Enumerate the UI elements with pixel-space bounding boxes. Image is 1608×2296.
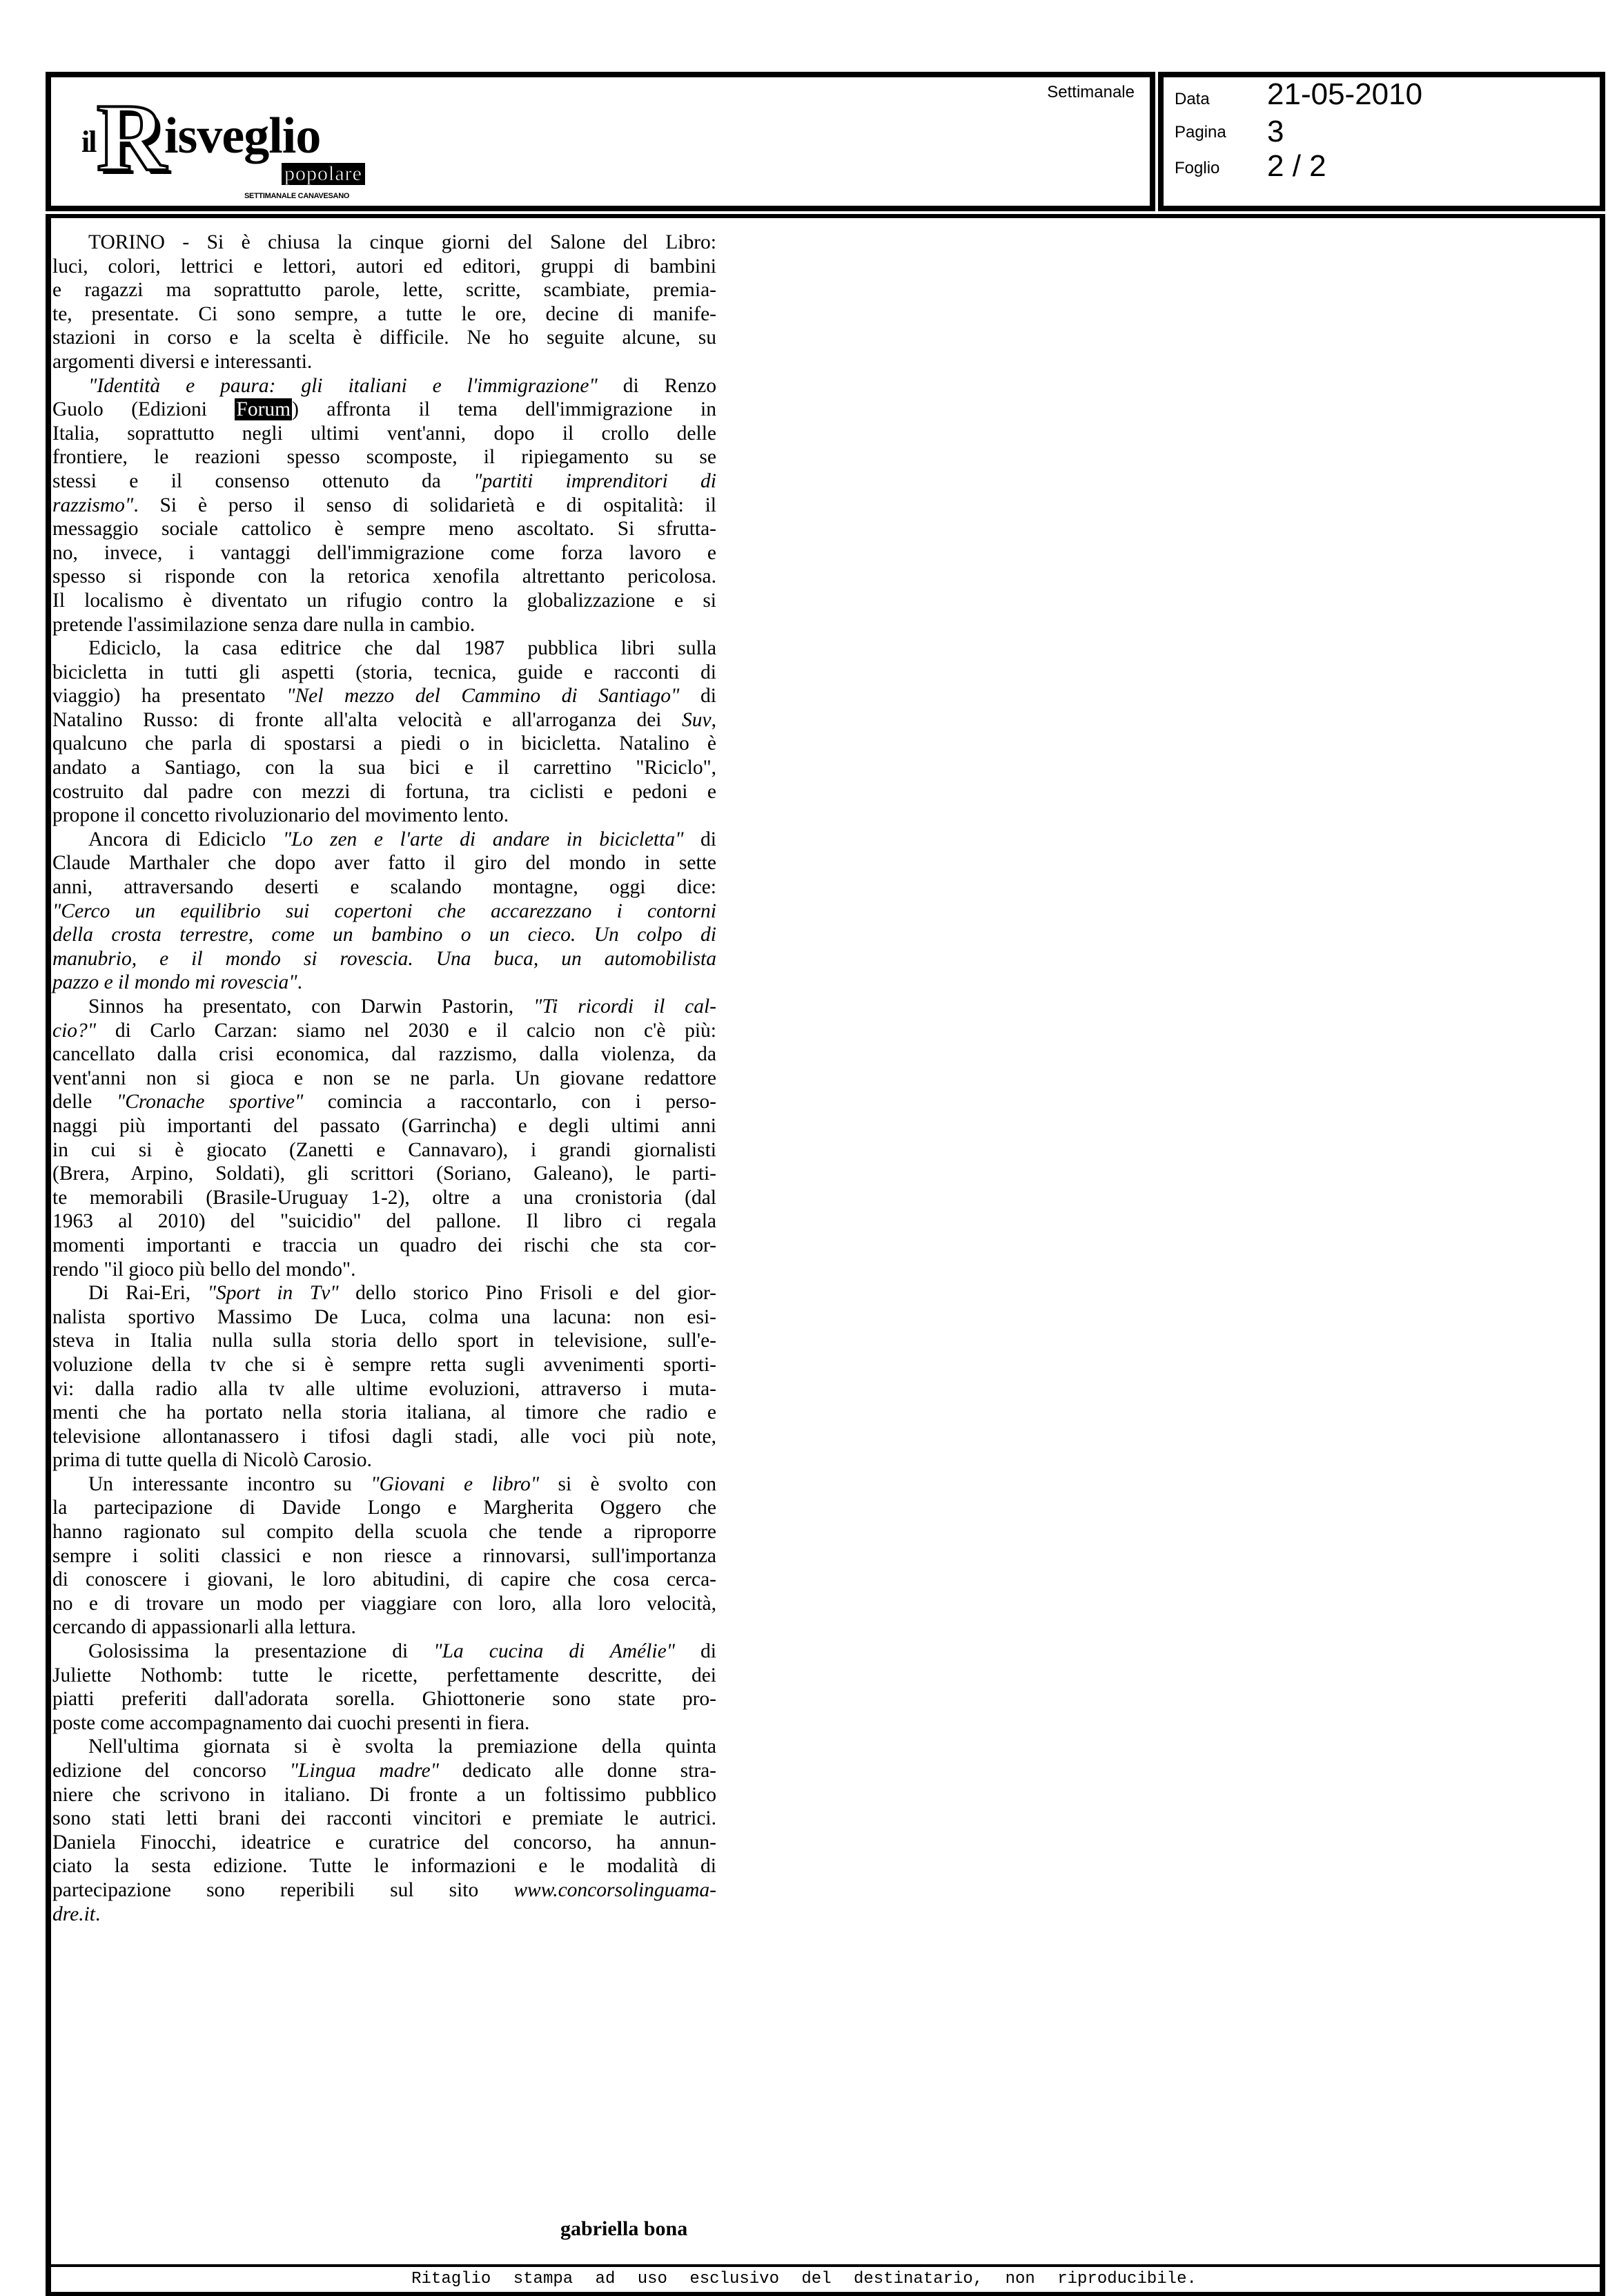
article-line: anni, attraversando deserti e scalando m…	[52, 875, 716, 899]
text-run: comincia a raccontarlo, con i perso-	[303, 1091, 716, 1113]
text-run: piatti preferiti dall'adorata sorella. G…	[52, 1688, 716, 1710]
article-line: spesso si risponde con la retorica xenof…	[52, 565, 716, 589]
article-line: prima di tutte quella di Nicolò Carosio.	[52, 1448, 716, 1472]
text-run: delle	[52, 1091, 117, 1113]
article-line: Guolo (Edizioni Forum) affronta il tema …	[52, 398, 716, 422]
italic-title: "Cronache sportive"	[117, 1091, 304, 1113]
article-line: andato a Santiago, con la sua bici e il …	[52, 756, 716, 780]
article-line: voluzione della tv che si è sempre retta…	[52, 1353, 716, 1377]
date-label: Data	[1175, 90, 1210, 109]
text-run: te, presentate. Ci sono sempre, a tutte …	[52, 303, 716, 325]
article-line: vent'anni non si gioca e non se ne parla…	[52, 1067, 716, 1091]
italic-title: dre.it	[52, 1903, 95, 1925]
text-run: in cui si è giocato (Zanetti e Cannavaro…	[52, 1139, 716, 1161]
author-signature: gabriella bona	[560, 2217, 687, 2241]
article-line: stazioni in corso e la scelta è difficil…	[52, 326, 716, 350]
text-run: luci, colori, lettrici e lettori, autori…	[52, 255, 716, 278]
italic-title: "La cucina di Amélie"	[433, 1640, 675, 1662]
text-run: naggi più importanti del passato (Garrin…	[52, 1115, 716, 1137]
article-line: 1963 al 2010) del "suicidio" del pallone…	[52, 1209, 716, 1234]
text-run: Ediciclo, la casa editrice che dal 1987 …	[88, 637, 716, 659]
article-line: viaggio) ha presentato "Nel mezzo del Ca…	[52, 684, 716, 708]
page-value: 3	[1267, 115, 1284, 149]
text-run: prima di tutte quella di Nicolò Carosio.	[52, 1449, 372, 1471]
italic-title: razzismo"	[52, 494, 133, 516]
text-run: la partecipazione di Davide Longo e Marg…	[52, 1497, 716, 1519]
text-run: ciato la sesta edizione. Tutte le inform…	[52, 1855, 716, 1877]
article-body: TORINO - Si è chiusa la cinque giorni de…	[52, 231, 716, 1926]
article-line: te, presentate. Ci sono sempre, a tutte …	[52, 302, 716, 327]
text-run: te memorabili (Brasile-Uruguay 1-2), olt…	[52, 1187, 716, 1209]
text-run: propone il concetto rivoluzionario del m…	[52, 804, 509, 826]
date-value: 21-05-2010	[1267, 77, 1422, 112]
text-run: messaggio sociale cattolico è sempre men…	[52, 518, 716, 540]
page-label: Pagina	[1175, 123, 1226, 142]
italic-title: cio?"	[52, 1020, 96, 1042]
article-line: pretende l'assimilazione senza dare null…	[52, 613, 716, 637]
text-run: hanno ragionato sul compito della scuola…	[52, 1521, 716, 1543]
article-line: TORINO - Si è chiusa la cinque giorni de…	[52, 231, 716, 255]
text-run: no, invece, i vantaggi dell'immigrazione…	[52, 542, 716, 564]
article-line: sempre i soliti classici e non riesce a …	[52, 1544, 716, 1568]
text-run: Daniela Finocchi, ideatrice e curatrice …	[52, 1831, 716, 1854]
italic-title: manubrio, e il mondo si rovescia. Una bu…	[52, 948, 716, 970]
text-run: partecipazione sono reperibili sul sito	[52, 1879, 513, 1901]
text-run: 1963 al 2010) del "suicidio" del pallone…	[52, 1210, 716, 1232]
text-run: voluzione della tv che si è sempre retta…	[52, 1354, 716, 1376]
text-run: momenti importanti e traccia un quadro d…	[52, 1234, 716, 1256]
article-line: edizione del concorso "Lingua madre" ded…	[52, 1759, 716, 1783]
text-run: .	[297, 971, 302, 993]
article-line: Italia, soprattutto negli ultimi vent'an…	[52, 422, 716, 446]
text-run: frontiere, le reazioni spesso scomposte,…	[52, 446, 716, 468]
text-run: di	[675, 1640, 716, 1662]
text-run: sono stati letti brani dei racconti vinc…	[52, 1807, 716, 1829]
text-run: cancellato dalla crisi economica, dal ra…	[52, 1043, 716, 1065]
article-line: qualcuno che parla di spostarsi a piedi …	[52, 732, 716, 756]
text-run: andato a Santiago, con la sua bici e il …	[52, 757, 716, 779]
text-run: dello storico Pino Frisoli e del gior-	[339, 1282, 716, 1304]
text-run: sempre i soliti classici e non riesce a …	[52, 1545, 716, 1567]
logo-wordmark: isveglio	[164, 110, 320, 162]
article-line: rendo "il gioco più bello del mondo".	[52, 1258, 716, 1282]
text-run: Di Rai-Eri,	[88, 1282, 208, 1304]
article-line: manubrio, e il mondo si rovescia. Una bu…	[52, 947, 716, 971]
sheet-label: Foglio	[1175, 159, 1219, 178]
italic-title: www.concorsolinguama-	[513, 1879, 716, 1901]
article-line: Nell'ultima giornata si è svolta la prem…	[52, 1735, 716, 1759]
italic-title: della crosta terrestre, come un bambino …	[52, 924, 716, 946]
text-run: menti che ha portato nella storia italia…	[52, 1401, 716, 1423]
text-run: di	[683, 828, 716, 850]
text-run: stessi e il consenso ottenuto da	[52, 470, 473, 492]
text-run: niere che scrivono in italiano. Di front…	[52, 1784, 716, 1806]
article-line: te memorabili (Brasile-Uruguay 1-2), olt…	[52, 1186, 716, 1210]
text-run: viaggio) ha presentato	[52, 685, 286, 707]
article-line: no e di trovare un modo per viaggiare co…	[52, 1592, 716, 1616]
article-line: Golosissima la presentazione di "La cuci…	[52, 1640, 716, 1664]
text-run: Guolo (Edizioni	[52, 398, 235, 420]
logo-prefix: il	[81, 124, 95, 159]
text-run: rendo "il gioco più bello del mondo".	[52, 1258, 355, 1281]
text-run: televisione allontanassero i tifosi dagl…	[52, 1426, 716, 1448]
text-run: . Si è perso il senso di solidarietà e d…	[133, 494, 716, 516]
article-line: nalista sportivo Massimo De Luca, colma …	[52, 1305, 716, 1330]
article-line: Natalino Russo: di fronte all'alta veloc…	[52, 708, 716, 732]
article-line: Juliette Nothomb: tutte le ricette, perf…	[52, 1664, 716, 1688]
text-run: Golosissima la presentazione di	[88, 1640, 433, 1662]
italic-title: pazzo e il mondo mi rovescia"	[52, 971, 297, 993]
text-run: cercando di appassionarli alla lettura.	[52, 1616, 356, 1638]
article-line: di conoscere i giovani, le loro abitudin…	[52, 1568, 716, 1592]
text-run: (Brera, Arpino, Soldati), gli scrittori …	[52, 1162, 716, 1185]
text-run: costruito dal padre con mezzi di fortuna…	[52, 781, 716, 803]
article-line: vi: dalla radio alla tv alle ultime evol…	[52, 1377, 716, 1401]
logo-initial: R	[97, 90, 166, 186]
text-run: .	[95, 1903, 100, 1925]
text-run: si è svolto con	[539, 1473, 716, 1495]
text-run: Juliette Nothomb: tutte le ricette, perf…	[52, 1664, 716, 1686]
text-run: edizione del concorso	[52, 1760, 290, 1782]
text-run: di Carlo Carzan: siamo nel 2030 e il cal…	[96, 1020, 716, 1042]
text-run: vent'anni non si gioca e non se ne parla…	[52, 1067, 716, 1089]
copyright-notice: Ritaglio stampa ad uso esclusivo del des…	[0, 2270, 1608, 2288]
article-line: momenti importanti e traccia un quadro d…	[52, 1234, 716, 1258]
article-line: messaggio sociale cattolico è sempre men…	[52, 517, 716, 541]
text-run: argomenti diversi e interessanti.	[52, 351, 312, 373]
article-line: delle "Cronache sportive" comincia a rac…	[52, 1090, 716, 1114]
article-line: frontiere, le reazioni spesso scomposte,…	[52, 445, 716, 469]
article-line: partecipazione sono reperibili sul sito …	[52, 1878, 716, 1903]
article-line: ciato la sesta edizione. Tutte le inform…	[52, 1854, 716, 1878]
text-run: poste come accompagnamento dai cuochi pr…	[52, 1712, 529, 1734]
italic-title: Suv	[682, 709, 712, 731]
article-line: Un interessante incontro su "Giovani e l…	[52, 1472, 716, 1497]
article-line: steva in Italia nulla sulla storia dello…	[52, 1329, 716, 1353]
article-line: niere che scrivono in italiano. Di front…	[52, 1783, 716, 1807]
italic-title: "Lingua madre"	[290, 1760, 439, 1782]
article-line: Il localismo è diventato un rifugio cont…	[52, 589, 716, 613]
text-run: Nell'ultima giornata si è svolta la prem…	[88, 1735, 716, 1758]
article-line: in cui si è giocato (Zanetti e Cannavaro…	[52, 1138, 716, 1162]
text-run: dedicato alle donne stra-	[439, 1760, 716, 1782]
text-run: bicicletta in tutti gli aspetti (storia,…	[52, 661, 716, 683]
text-run: spesso si risponde con la retorica xenof…	[52, 565, 716, 587]
article-line: dre.it.	[52, 1903, 716, 1927]
sheet-value: 2 / 2	[1267, 149, 1326, 184]
text-run: Natalino Russo: di fronte all'alta veloc…	[52, 709, 682, 731]
article-line: Claude Marthaler che dopo aver fatto il …	[52, 851, 716, 875]
logo-subtitle: popolare	[282, 163, 365, 185]
text-run: Il localismo è diventato un rifugio cont…	[52, 590, 716, 612]
text-run: stazioni in corso e la scelta è difficil…	[52, 327, 716, 349]
text-run: nalista sportivo Massimo De Luca, colma …	[52, 1306, 716, 1328]
article-line: menti che ha portato nella storia italia…	[52, 1401, 716, 1425]
text-run: TORINO - Si è chiusa la cinque giorni de…	[88, 231, 716, 253]
article-line: hanno ragionato sul compito della scuola…	[52, 1520, 716, 1544]
text-run: vi: dalla radio alla tv alle ultime evol…	[52, 1378, 716, 1400]
article-line: naggi più importanti del passato (Garrin…	[52, 1114, 716, 1138]
article-line: Daniela Finocchi, ideatrice e curatrice …	[52, 1831, 716, 1855]
article-line: cercando di appassionarli alla lettura.	[52, 1615, 716, 1640]
text-run: anni, attraversando deserti e scalando m…	[52, 876, 716, 898]
text-run: ) affronta il tema dell'immigrazione in	[292, 398, 716, 420]
article-line: Ediciclo, la casa editrice che dal 1987 …	[52, 636, 716, 661]
text-run: Un interessante incontro su	[88, 1473, 371, 1495]
italic-title: "Lo zen e l'arte di andare in bicicletta…	[283, 828, 684, 850]
article-line: pazzo e il mondo mi rovescia".	[52, 971, 716, 995]
article-line: poste come accompagnamento dai cuochi pr…	[52, 1711, 716, 1735]
text-run: di Renzo	[598, 375, 716, 397]
article-line: e ragazzi ma soprattutto parole, lette, …	[52, 278, 716, 302]
logo-tagline: SETTIMANALE CANAVESANO	[244, 192, 349, 200]
article-line: cancellato dalla crisi economica, dal ra…	[52, 1042, 716, 1067]
italic-title: "Identità e paura: gli italiani e l'immi…	[88, 375, 598, 397]
article-line: "Identità e paura: gli italiani e l'immi…	[52, 374, 716, 398]
text-run: Italia, soprattutto negli ultimi vent'an…	[52, 422, 716, 445]
italic-title: "Cerco un equilibrio sui copertoni che a…	[52, 900, 716, 922]
article-line: televisione allontanassero i tifosi dagl…	[52, 1425, 716, 1449]
article-line: stessi e il consenso ottenuto da "partit…	[52, 469, 716, 494]
text-run: qualcuno che parla di spostarsi a piedi …	[52, 732, 716, 755]
article-line: cio?" di Carlo Carzan: siamo nel 2030 e …	[52, 1019, 716, 1043]
article-line: (Brera, Arpino, Soldati), gli scrittori …	[52, 1162, 716, 1186]
text-run: pretende l'assimilazione senza dare null…	[52, 614, 475, 636]
article-line: Ancora di Ediciclo "Lo zen e l'arte di a…	[52, 828, 716, 852]
article-line: della crosta terrestre, come un bambino …	[52, 923, 716, 947]
article-line: luci, colori, lettrici e lettori, autori…	[52, 255, 716, 279]
newspaper-logo: il R isveglio popolare SETTIMANALE CANAV…	[81, 97, 371, 200]
italic-title: "partiti imprenditori di	[473, 470, 716, 492]
text-run: ,	[712, 709, 716, 731]
text-run: no e di trovare un modo per viaggiare co…	[52, 1593, 716, 1615]
article-line: costruito dal padre con mezzi di fortuna…	[52, 780, 716, 804]
periodicity-label: Settimanale	[1047, 83, 1135, 102]
article-line: Di Rai-Eri, "Sport in Tv" dello storico …	[52, 1281, 716, 1305]
italic-title: "Ti ricordi il cal-	[533, 995, 716, 1018]
article-line: propone il concetto rivoluzionario del m…	[52, 804, 716, 828]
article-line: la partecipazione di Davide Longo e Marg…	[52, 1496, 716, 1520]
text-run: steva in Italia nulla sulla storia dello…	[52, 1330, 716, 1352]
text-run: di conoscere i giovani, le loro abitudin…	[52, 1568, 716, 1590]
article-line: razzismo". Si è perso il senso di solida…	[52, 494, 716, 518]
text-run: Ancora di Ediciclo	[88, 828, 283, 850]
text-run: e ragazzi ma soprattutto parole, lette, …	[52, 279, 716, 301]
italic-title: "Sport in Tv"	[208, 1282, 339, 1304]
article-line: sono stati letti brani dei racconti vinc…	[52, 1807, 716, 1831]
article-line: piatti preferiti dall'adorata sorella. G…	[52, 1687, 716, 1711]
italic-title: "Giovani e libro"	[371, 1473, 539, 1495]
article-line: bicicletta in tutti gli aspetti (storia,…	[52, 661, 716, 685]
highlighted-publisher: Forum	[235, 398, 292, 420]
text-run: Sinnos ha presentato, con Darwin Pastori…	[88, 995, 533, 1018]
article-line: argomenti diversi e interessanti.	[52, 350, 716, 374]
text-run: di	[679, 685, 716, 707]
text-run: Claude Marthaler che dopo aver fatto il …	[52, 852, 716, 874]
article-line: no, invece, i vantaggi dell'immigrazione…	[52, 541, 716, 565]
italic-title: "Nel mezzo del Cammino di Santiago"	[286, 685, 679, 707]
footer-divider	[51, 2264, 1600, 2267]
article-line: Sinnos ha presentato, con Darwin Pastori…	[52, 995, 716, 1019]
article-line: "Cerco un equilibrio sui copertoni che a…	[52, 899, 716, 924]
